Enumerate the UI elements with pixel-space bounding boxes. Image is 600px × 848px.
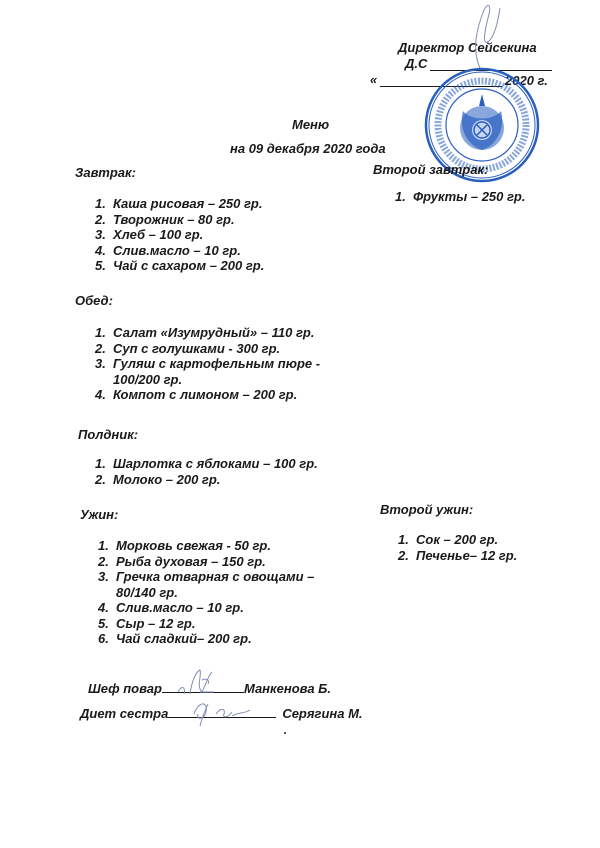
- list-item: 3.Гуляш с картофельным пюре -: [95, 356, 320, 372]
- list-item: 1.Салат «Изумрудный» – 110 гр.: [95, 325, 320, 341]
- list-item-continuation: 80/140 гр.: [98, 585, 314, 601]
- list-item: 1.Каша рисовая – 250 гр.: [95, 196, 264, 212]
- list-item: 3.Гречка отварная с овощами –: [98, 569, 314, 585]
- list-item: 2.Творожник – 80 гр.: [95, 212, 264, 228]
- list-item: 5.Чай с сахаром – 200 гр.: [95, 258, 264, 274]
- list-item: 1.Сок – 200 гр.: [398, 532, 517, 548]
- nurse-name: Серягина М.: [282, 706, 362, 721]
- dinner-list: 1.Морковь свежая - 50 гр. 2.Рыба духовая…: [98, 538, 314, 647]
- chef-name: Манкенова Б.: [244, 681, 331, 696]
- list-item-continuation: 100/200 гр.: [95, 372, 320, 388]
- chef-role: Шеф повар: [88, 681, 162, 696]
- second-dinner-list: 1.Сок – 200 гр. 2.Печенье– 12 гр.: [398, 532, 517, 563]
- nurse-signature-icon: [186, 694, 256, 730]
- second-breakfast-list: 1.Фрукты – 250 гр.: [395, 189, 525, 205]
- second-breakfast-heading: Второй завтрак:: [373, 162, 488, 177]
- list-item: 2.Суп с голушками - 300 гр.: [95, 341, 320, 357]
- list-item: 4.Компот с лимоном – 200 гр.: [95, 387, 320, 403]
- breakfast-list: 1.Каша рисовая – 250 гр. 2.Творожник – 8…: [95, 196, 264, 274]
- list-item: 2.Молоко – 200 гр.: [95, 472, 318, 488]
- list-item: 5.Сыр – 12 гр.: [98, 616, 314, 632]
- snack-heading: Полдник:: [78, 427, 138, 442]
- lunch-heading: Обед:: [75, 293, 113, 308]
- list-item: 2.Печенье– 12 гр.: [398, 548, 517, 564]
- list-item: 3.Хлеб – 100 гр.: [95, 227, 264, 243]
- document-subtitle: на 09 декабря 2020 года: [230, 141, 386, 156]
- list-item: 1.Морковь свежая - 50 гр.: [98, 538, 314, 554]
- breakfast-heading: Завтрак:: [75, 165, 136, 180]
- snack-list: 1.Шарлотка с яблоками – 100 гр. 2.Молоко…: [95, 456, 318, 487]
- director-signature-icon: [462, 0, 502, 70]
- lunch-list: 1.Салат «Изумрудный» – 110 гр. 2.Суп с г…: [95, 325, 320, 403]
- list-item: 2.Рыба духовая – 150 гр.: [98, 554, 314, 570]
- list-item: 1.Фрукты – 250 гр.: [395, 189, 525, 205]
- list-item: 4.Слив.масло – 10 гр.: [95, 243, 264, 259]
- approval-date-open-quote: «: [370, 72, 377, 87]
- nurse-role: Диет сестра: [80, 706, 168, 721]
- second-dinner-heading: Второй ужин:: [380, 502, 473, 517]
- list-item: 4.Слив.масло – 10 гр.: [98, 600, 314, 616]
- document-title: Меню: [292, 117, 329, 132]
- list-item: 6.Чай сладкий– 200 гр.: [98, 631, 314, 647]
- dinner-heading: Ужин:: [80, 507, 118, 522]
- stray-mark: [284, 732, 286, 734]
- list-item: 1.Шарлотка с яблоками – 100 гр.: [95, 456, 318, 472]
